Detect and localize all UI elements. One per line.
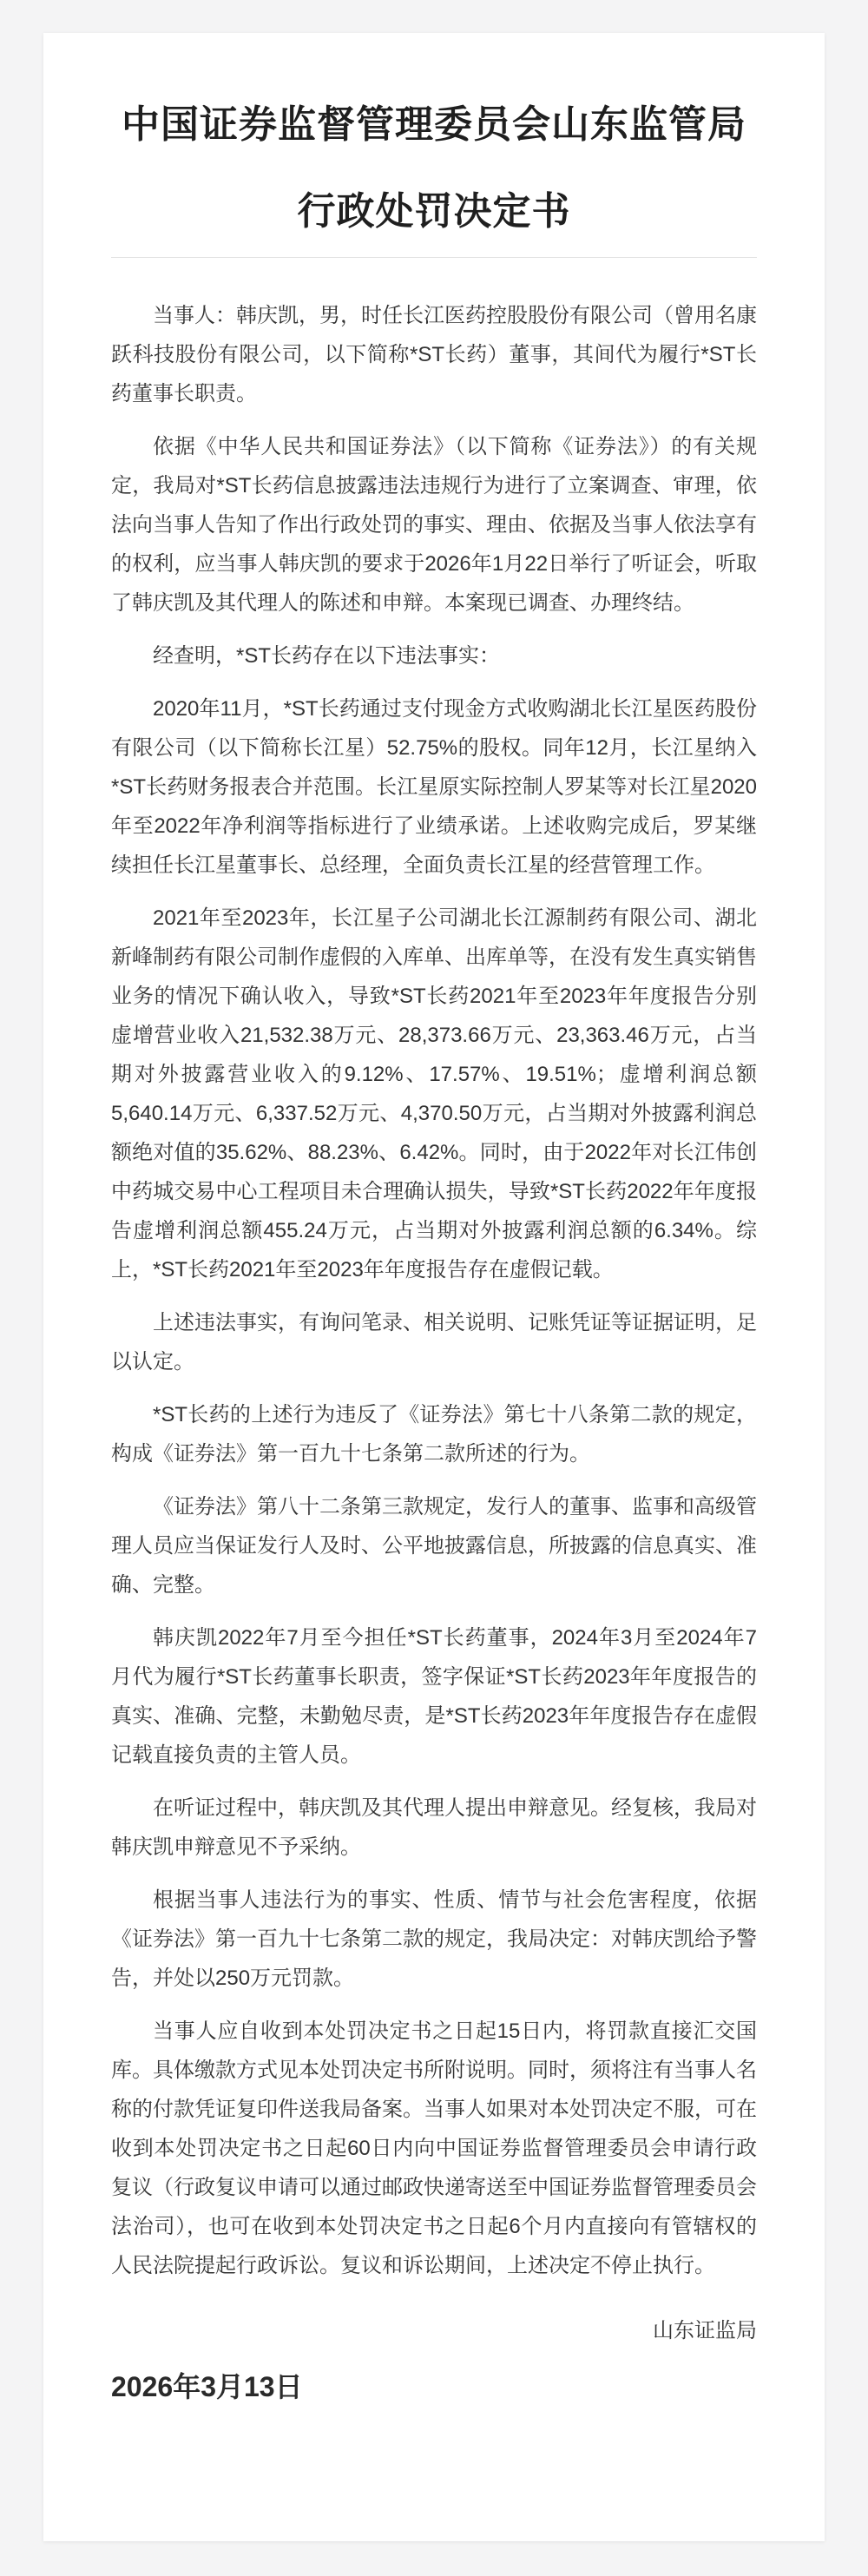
paragraph-violation: *ST长药的上述行为违反了《证券法》第七十八条第二款的规定，构成《证券法》第一百… <box>111 1395 757 1473</box>
paragraph-fraud-details: 2021年至2023年，长江星子公司湖北长江源制药有限公司、湖北新峰制药有限公司… <box>111 899 757 1289</box>
paragraph-hearing-defense: 在听证过程中，韩庆凯及其代理人提出申辩意见。经复核，我局对韩庆凯申辩意见不予采纳… <box>111 1789 757 1867</box>
paragraph-payment-appeal: 当事人应自收到本处罚决定书之日起15日内，将罚款直接汇交国库。具体缴款方式见本处… <box>111 2012 757 2285</box>
document-title-line2: 行政处罚决定书 <box>298 190 571 233</box>
page-background: 中国证券监督管理委员会山东监管局 行政处罚决定书 当事人：韩庆凯，男，时任长江医… <box>0 0 868 2576</box>
paragraph-responsibility: 韩庆凯2022年7月至今担任*ST长药董事，2024年3月至2024年7月代为履… <box>111 1618 757 1775</box>
document-title-line1: 中国证券监督管理委员会山东监管局 <box>122 103 746 146</box>
paragraph-parties: 当事人：韩庆凯，男，时任长江医药控股股份有限公司（曾用名康跃科技股份有限公司，以… <box>111 296 757 413</box>
paragraph-law-article82: 《证券法》第八十二条第三款规定，发行人的董事、监事和高级管理人员应当保证发行人及… <box>111 1487 757 1604</box>
document-title: 中国证券监督管理委员会山东监管局 行政处罚决定书 <box>111 82 757 255</box>
document-body: 当事人：韩庆凯，男，时任长江医药控股股份有限公司（曾用名康跃科技股份有限公司，以… <box>111 296 757 2285</box>
document-card: 中国证券监督管理委员会山东监管局 行政处罚决定书 当事人：韩庆凯，男，时任长江医… <box>43 33 825 2541</box>
paragraph-decision: 根据当事人违法行为的事实、性质、情节与社会危害程度，依据《证券法》第一百九十七条… <box>111 1881 757 1998</box>
issuer-signature: 山东证监局 <box>111 2311 757 2350</box>
document-date: 2026年3月13日 <box>111 2369 757 2404</box>
paragraph-facts-intro: 经查明，*ST长药存在以下违法事实： <box>111 636 757 675</box>
title-divider <box>111 257 757 258</box>
paragraph-acquisition: 2020年11月，*ST长药通过支付现金方式收购湖北长江星医药股份有限公司（以下… <box>111 689 757 885</box>
paragraph-evidence: 上述违法事实，有询问笔录、相关说明、记账凭证等证据证明，足以认定。 <box>111 1303 757 1381</box>
paragraph-procedure: 依据《中华人民共和国证券法》（以下简称《证券法》）的有关规定，我局对*ST长药信… <box>111 427 757 623</box>
